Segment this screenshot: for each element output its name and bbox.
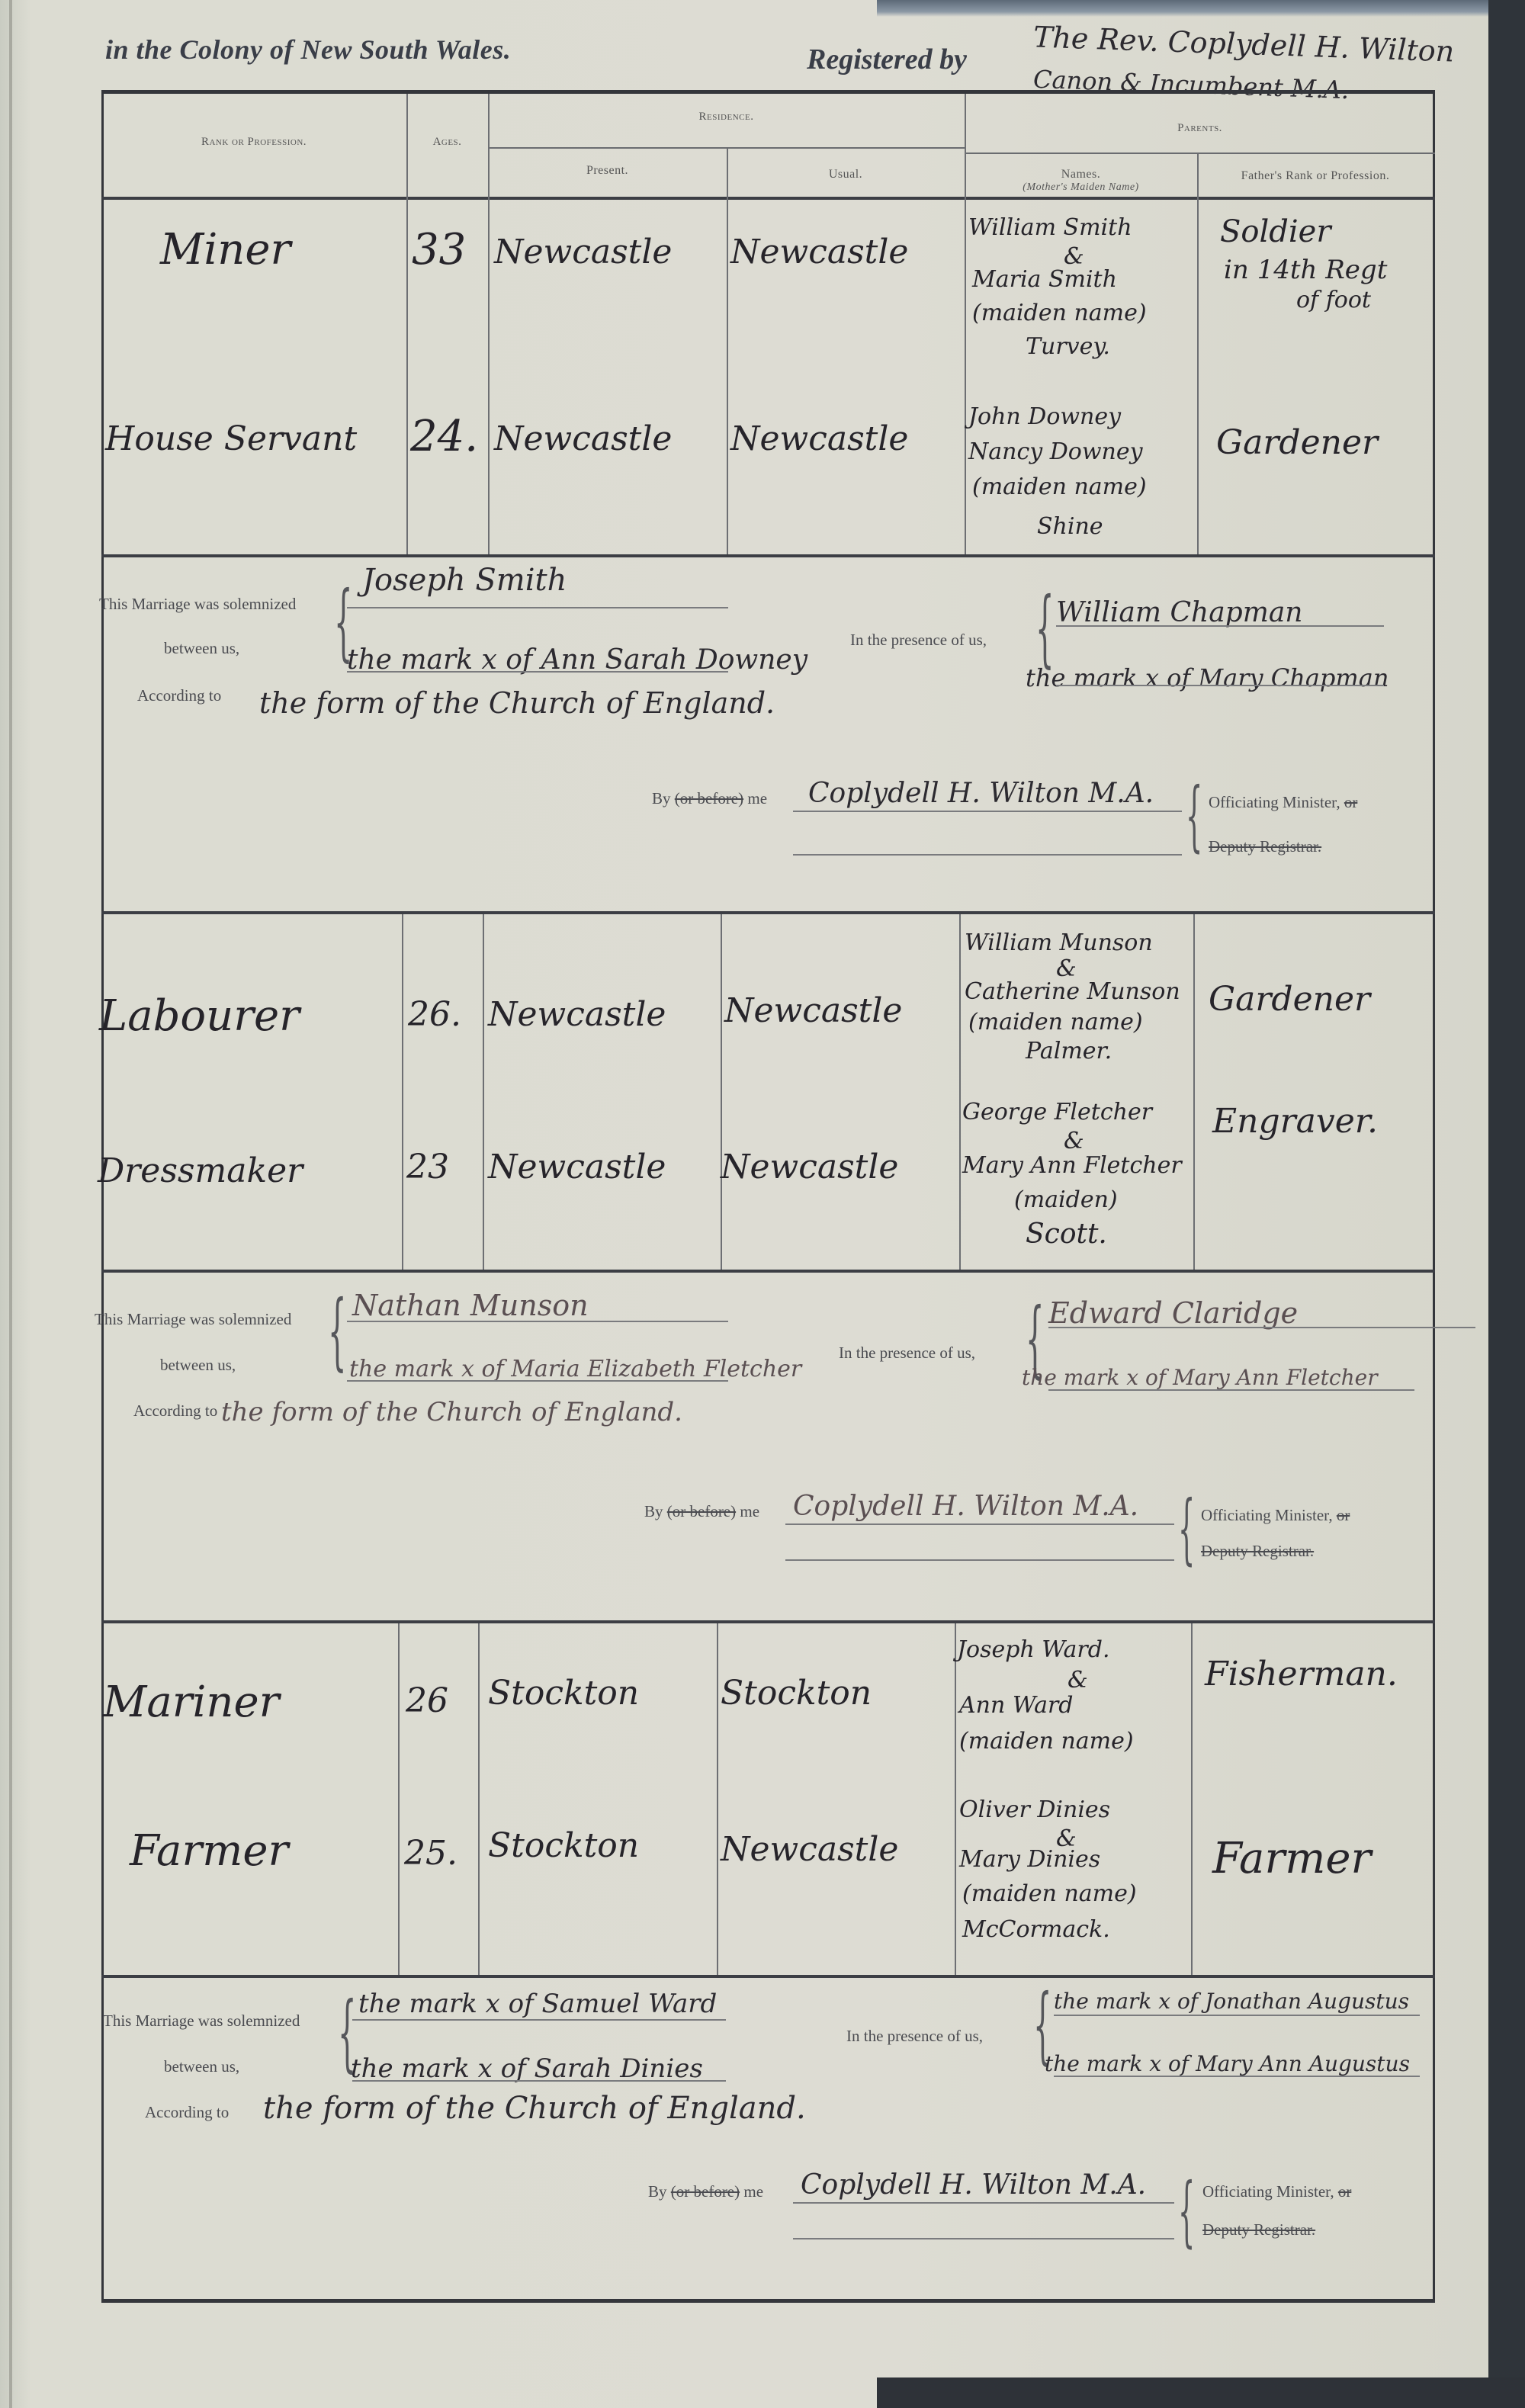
mother-name: Ann Ward: [959, 1691, 1074, 1720]
solemnized-label: This Marriage was solemnized: [95, 1310, 291, 1329]
father-rank-cell: Fisherman.: [1205, 1655, 1398, 1694]
col-divider: [727, 149, 728, 554]
signature-line: [347, 607, 728, 608]
col-header-present: Present.: [488, 164, 727, 178]
col-divider: [721, 913, 722, 1270]
father-name: William Smith: [968, 214, 1132, 242]
present-residence-cell: Stockton: [488, 1674, 639, 1713]
usual-residence-cell: Newcastle: [721, 1830, 898, 1869]
col-divider: [965, 94, 966, 554]
rank-cell: Dressmaker: [98, 1151, 303, 1190]
groom-signature: the mark x of Samuel Ward: [358, 1989, 717, 2019]
age-cell: 23: [406, 1148, 449, 1186]
father-rank-cell: of foot: [1296, 286, 1371, 315]
usual-residence-cell: Newcastle: [730, 419, 908, 458]
father-name: George Fletcher: [962, 1098, 1152, 1127]
father-rank-cell: Gardener: [1216, 423, 1378, 462]
parents-divider: [965, 153, 1435, 154]
brace-icon: {: [1178, 2173, 1195, 2249]
witness-2-signature: the mark x of Mary Chapman: [1026, 663, 1389, 692]
brace-icon: {: [1035, 586, 1055, 669]
signature-line: [347, 1321, 728, 1322]
between-label: between us,: [164, 639, 239, 658]
rank-cell: House Servant: [105, 419, 357, 458]
signature-line: [793, 2202, 1174, 2204]
names-label: Names.: [965, 168, 1197, 181]
deputy-registrar-struck: Deputy Registrar.: [1202, 2220, 1315, 2239]
groom-signature: Joseph Smith: [362, 563, 567, 598]
brace-icon: {: [1186, 778, 1202, 854]
maiden-name-note: (maiden name): [959, 1727, 1134, 1756]
col-header-usual: Usual.: [727, 168, 965, 181]
witness-1-signature: Edward Claridge: [1048, 1296, 1298, 1330]
col-header-father-rank: Father's Rank or Profession.: [1220, 169, 1411, 183]
deputy-registrar-struck: Deputy Registrar.: [1201, 1542, 1314, 1561]
father-name: Oliver Dinies: [959, 1796, 1110, 1825]
father-rank-cell: Farmer: [1212, 1834, 1371, 1883]
according-label: According to: [137, 686, 221, 705]
or-before-struck: (or before): [667, 1502, 736, 1520]
according-label: According to: [145, 2103, 229, 2122]
present-residence-cell: Newcastle: [488, 995, 666, 1034]
between-label: between us,: [160, 1356, 236, 1375]
section-rule: [101, 1975, 1435, 1978]
bride-signature: the mark x of Sarah Dinies: [351, 2053, 703, 2084]
solemnized-label: This Marriage was solemnized: [99, 595, 296, 614]
section-rule: [101, 1620, 1435, 1623]
rank-cell: Miner: [160, 225, 291, 275]
col-divider: [478, 1623, 480, 1975]
section-rule: [101, 911, 1435, 914]
mother-name: Mary Ann Fletcher: [962, 1151, 1182, 1180]
col-divider: [488, 94, 490, 554]
according-label: According to: [133, 1401, 217, 1421]
col-header-ages: Ages.: [406, 136, 488, 149]
officiating-label: Officiating Minister, or: [1202, 2182, 1351, 2201]
maiden-name-note: (maiden name): [972, 473, 1147, 502]
minister-signature: Coplydell H. Wilton M.A.: [793, 1491, 1138, 1522]
deputy-registrar-struck: Deputy Registrar.: [1209, 837, 1321, 856]
col-divider: [402, 913, 403, 1270]
usual-residence-cell: Newcastle: [730, 233, 908, 271]
officiating-label: Officiating Minister, or: [1209, 793, 1357, 812]
signature-line: [1054, 2076, 1420, 2077]
maiden-name: Turvey.: [1026, 332, 1110, 361]
signature-line: [785, 1523, 1174, 1525]
col-divider: [959, 913, 961, 1270]
solemnized-label: This Marriage was solemnized: [103, 2011, 300, 2031]
usual-residence-cell: Stockton: [721, 1674, 872, 1713]
by-label: By (or before) me: [652, 789, 767, 808]
rank-cell: Mariner: [103, 1678, 279, 1727]
officiating-label: Officiating Minister, or: [1201, 1506, 1350, 1525]
col-header-residence: Residence.: [488, 111, 965, 124]
father-name: William Munson: [965, 929, 1153, 958]
maiden-name-note: (maiden name): [962, 1880, 1137, 1909]
brace-icon: {: [328, 1289, 347, 1373]
col-divider: [1191, 1623, 1193, 1975]
maiden-name: Palmer.: [1026, 1037, 1112, 1066]
background-edge: [1488, 0, 1525, 2408]
brace-icon: {: [1178, 1491, 1195, 1567]
maiden-name-note: (maiden): [1014, 1186, 1118, 1215]
col-header-names: Names. (Mother's Maiden Name): [965, 168, 1197, 194]
age-cell: 26: [406, 1681, 448, 1720]
col-divider: [955, 1623, 956, 1975]
maiden-name-note: (maiden name): [968, 1008, 1143, 1037]
present-residence-cell: Newcastle: [494, 419, 672, 458]
father-rank-cell: Engraver.: [1212, 1102, 1378, 1141]
signature-line: [793, 811, 1182, 812]
age-cell: 26.: [408, 995, 461, 1034]
present-residence-cell: Stockton: [488, 1826, 639, 1865]
maiden-name-note: (maiden name): [972, 299, 1147, 328]
colony-heading: in the Colony of New South Wales.: [105, 34, 511, 66]
col-divider: [398, 1623, 400, 1975]
maiden-name: Scott.: [1026, 1220, 1107, 1249]
signature-line: [352, 2019, 726, 2021]
or-before-struck: (or before): [675, 789, 743, 807]
signature-line: [785, 1559, 1174, 1561]
age-cell: 33: [412, 225, 466, 275]
col-divider: [483, 913, 484, 1270]
col-header-rank: Rank or Profession.: [101, 136, 406, 149]
header-bottom-rule: [101, 197, 1435, 200]
minister-signature: Coplydell H. Wilton M.A.: [801, 2169, 1146, 2201]
present-residence-cell: Newcastle: [488, 1148, 666, 1186]
usual-residence-cell: Newcastle: [724, 991, 902, 1030]
witness-2-signature: the mark x of Mary Ann Augustus: [1045, 2051, 1410, 2076]
between-label: between us,: [164, 2057, 239, 2076]
signature-line: [352, 2080, 726, 2082]
mother-name: Nancy Downey: [968, 438, 1143, 467]
col-divider: [1197, 154, 1199, 554]
father-name: John Downey: [968, 403, 1121, 432]
signature-line: [1048, 1389, 1414, 1391]
father-rank-cell: in 14th Regt: [1224, 255, 1387, 284]
col-divider: [406, 94, 408, 554]
mother-name: Catherine Munson: [965, 978, 1180, 1007]
rite-text: the form of the Church of England.: [263, 2091, 806, 2126]
mother-name: Maria Smith: [972, 265, 1117, 294]
background-edge: [877, 0, 1525, 17]
maiden-name: Shine: [1037, 512, 1103, 541]
father-rank-cell: Gardener: [1209, 980, 1370, 1019]
by-label: By (or before) me: [648, 2182, 763, 2201]
signature-line: [793, 2238, 1174, 2239]
father-name: Joseph Ward.: [957, 1636, 1110, 1665]
witness-1-signature: the mark x of Jonathan Augustus: [1054, 1989, 1409, 2014]
col-divider: [717, 1623, 718, 1975]
present-residence-cell: Newcastle: [494, 233, 672, 271]
signature-line: [347, 1380, 728, 1382]
minister-signature: Coplydell H. Wilton M.A.: [808, 778, 1154, 809]
presence-label: In the presence of us,: [850, 631, 987, 650]
signature-line: [793, 854, 1182, 856]
or-before-struck: (or before): [671, 2182, 740, 2201]
signature-line: [1048, 1327, 1475, 1328]
signature-line: [1056, 625, 1384, 627]
background-edge: [877, 2377, 1525, 2408]
col-divider: [1193, 913, 1195, 1270]
names-sublabel: (Mother's Maiden Name): [965, 181, 1197, 194]
signature-line: [347, 671, 728, 673]
usual-residence-cell: Newcastle: [721, 1148, 898, 1186]
age-cell: 25.: [404, 1834, 457, 1873]
mother-name: Mary Dinies: [959, 1845, 1100, 1874]
signature-line: [1056, 685, 1384, 686]
col-header-parents: Parents.: [965, 122, 1435, 135]
maiden-name: McCormack.: [962, 1915, 1110, 1944]
rank-cell: Labourer: [99, 991, 300, 1041]
presence-label: In the presence of us,: [846, 2027, 983, 2046]
rank-cell: Farmer: [130, 1826, 288, 1876]
witness-1-signature: William Chapman: [1056, 597, 1303, 628]
father-rank-cell: Soldier: [1220, 217, 1331, 246]
witness-2-signature: the mark x of Mary Ann Fletcher: [1022, 1365, 1378, 1390]
groom-signature: Nathan Munson: [352, 1289, 589, 1322]
by-label: By (or before) me: [644, 1502, 759, 1521]
age-cell: 24.: [410, 412, 478, 461]
signature-line: [1054, 2015, 1420, 2016]
page-spine: [9, 0, 12, 2408]
section-rule: [101, 554, 1435, 557]
presence-label: In the presence of us,: [839, 1344, 975, 1363]
section-rule: [101, 1270, 1435, 1273]
rite-text: the form of the Church of England.: [221, 1397, 682, 1427]
registered-by-label: Registered by: [807, 43, 967, 76]
bride-signature: the mark x of Maria Elizabeth Fletcher: [349, 1356, 801, 1382]
rite-text: the form of the Church of England.: [259, 686, 775, 720]
